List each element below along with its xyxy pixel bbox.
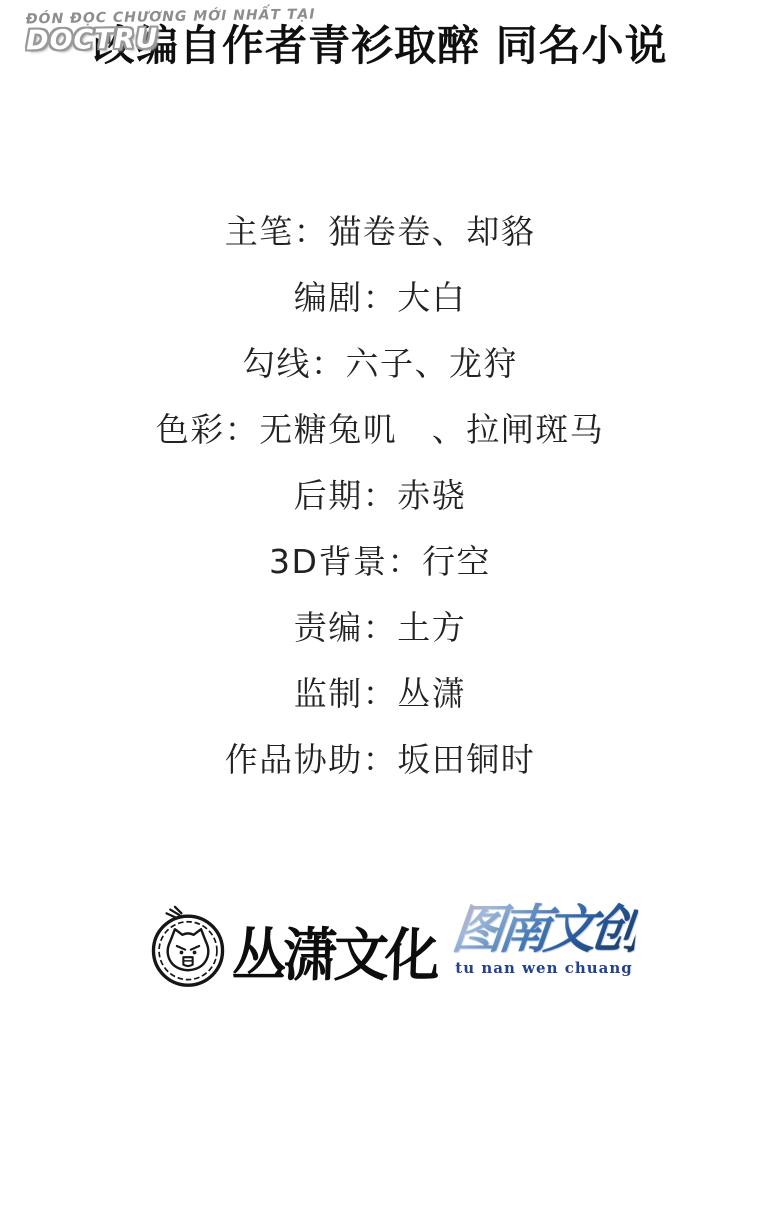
credit-line-editor: 责编：土方	[294, 608, 467, 648]
credit-line-color: 色彩：无糖兔叽 、拉闸斑马	[156, 410, 605, 450]
credit-line-supervisor: 监制：丛潇	[294, 674, 467, 714]
credit-line-artist: 主笔：猫卷卷、却貉	[225, 212, 536, 252]
studio-logos: 丛潇文化 图南文创 tu nan wen chuang	[146, 901, 636, 990]
watermark-line2: DOCTRU	[26, 22, 316, 55]
credit-line-screenwriter: 编剧：大白	[294, 278, 467, 318]
credit-line-assistance: 作品协助：坂田铜时	[225, 740, 536, 780]
credit-line-lineart: 勾线：六子、龙狩	[242, 344, 518, 384]
tunan-wenchuang-name: 图南文创	[449, 901, 639, 961]
congxiao-culture-logo: 丛潇文化	[146, 901, 436, 990]
site-watermark: ĐÓN ĐỌC CHƯƠNG MỚI NHẤT TẠI DOCTRU	[26, 7, 316, 55]
credit-line-postprod: 后期：赤骁	[294, 476, 467, 516]
credits-list: 主笔：猫卷卷、却貉 编剧：大白 勾线：六子、龙狩 色彩：无糖兔叽 、拉闸斑马 后…	[0, 212, 760, 780]
credit-line-3d-bg: 3D背景：行空	[269, 542, 491, 582]
tunan-wenchuang-romanized: tu nan wen chuang	[455, 959, 632, 977]
cat-badge-icon	[146, 902, 230, 990]
tunan-wenchuang-logo: 图南文创 tu nan wen chuang	[452, 901, 636, 977]
congxiao-culture-name: 丛潇文化	[231, 909, 438, 991]
credits-page: 改编自作者青衫取醉 同名小说 ĐÓN ĐỌC CHƯƠNG MỚI NHẤT T…	[0, 0, 760, 1231]
